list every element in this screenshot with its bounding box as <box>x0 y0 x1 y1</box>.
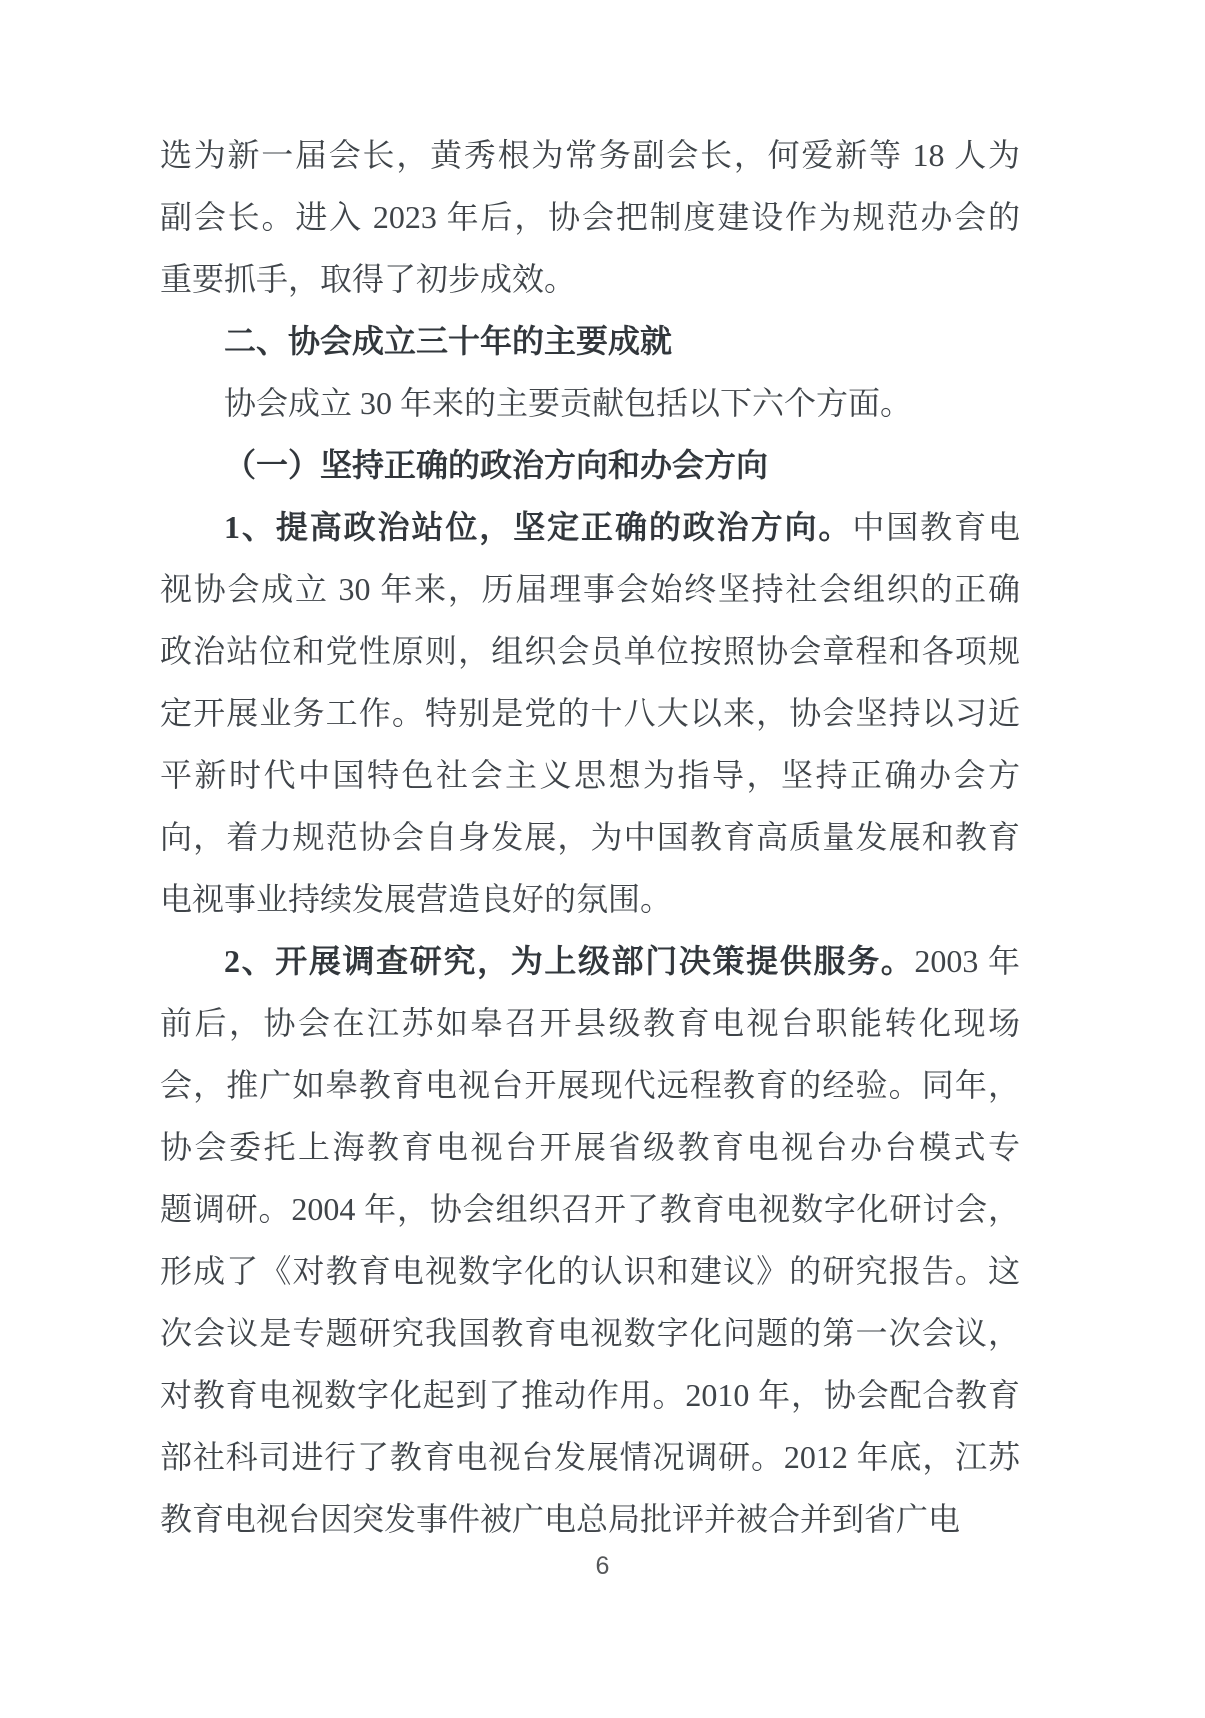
text-run: 部社科司进行了教育电视台发展情况调研。2012 年底，江苏 <box>160 1439 1020 1475</box>
paragraph-line: 会，推广如皋教育电视台开展现代远程教育的经验。同年， <box>160 1054 1020 1116</box>
bold-text-run: 1、提高政治站位，坚定正确的政治方向。 <box>224 509 852 545</box>
subsection-heading: （一）坚持正确的政治方向和办会方向 <box>160 434 1020 496</box>
text-run: 选为新一届会长，黄秀根为常务副会长，何爱新等 18 人为 <box>160 137 1020 173</box>
paragraph-line: 1、提高政治站位，坚定正确的政治方向。中国教育电 <box>160 496 1020 558</box>
paragraph-line: 定开展业务工作。特别是党的十八大以来，协会坚持以习近 <box>160 682 1020 744</box>
text-run: 重要抓手，取得了初步成效。 <box>160 261 576 297</box>
text-run: 形成了《对教育电视数字化的认识和建议》的研究报告。这 <box>160 1253 1020 1289</box>
paragraph-line: 视协会成立 30 年来，历届理事会始终坚持社会组织的正确 <box>160 558 1020 620</box>
text-run: 副会长。进入 2023 年后，协会把制度建设作为规范办会的 <box>160 199 1020 235</box>
paragraph-line: 重要抓手，取得了初步成效。 <box>160 248 1020 310</box>
paragraph-line: 电视事业持续发展营造良好的氛围。 <box>160 868 1020 930</box>
text-run: 向，着力规范协会自身发展，为中国教育高质量发展和教育 <box>160 819 1020 855</box>
text-run: 前后，协会在江苏如皋召开县级教育电视台职能转化现场 <box>160 1005 1020 1041</box>
section-heading: 二、协会成立三十年的主要成就 <box>160 310 1020 372</box>
paragraph-line: 向，着力规范协会自身发展，为中国教育高质量发展和教育 <box>160 806 1020 868</box>
bold-text-run: （一）坚持正确的政治方向和办会方向 <box>224 447 768 483</box>
paragraph-line: 前后，协会在江苏如皋召开县级教育电视台职能转化现场 <box>160 992 1020 1054</box>
text-run: 政治站位和党性原则，组织会员单位按照协会章程和各项规 <box>160 633 1020 669</box>
text-run: 对教育电视数字化起到了推动作用。2010 年，协会配合教育 <box>160 1377 1020 1413</box>
text-run: 题调研。2004 年，协会组织召开了教育电视数字化研讨会， <box>160 1191 1020 1227</box>
paragraph-line: 副会长。进入 2023 年后，协会把制度建设作为规范办会的 <box>160 186 1020 248</box>
paragraph-line: 协会委托上海教育电视台开展省级教育电视台办台模式专 <box>160 1116 1020 1178</box>
paragraph-line: 2、开展调查研究，为上级部门决策提供服务。2003 年 <box>160 930 1020 992</box>
text-run: 次会议是专题研究我国教育电视数字化问题的第一次会议， <box>160 1315 1020 1351</box>
text-run: 中国教育电 <box>852 509 1020 545</box>
document-body: 选为新一届会长，黄秀根为常务副会长，何爱新等 18 人为副会长。进入 2023 … <box>160 124 1020 1550</box>
paragraph-line: 部社科司进行了教育电视台发展情况调研。2012 年底，江苏 <box>160 1426 1020 1488</box>
text-run: 定开展业务工作。特别是党的十八大以来，协会坚持以习近 <box>160 695 1020 731</box>
text-run: 教育电视台因突发事件被广电总局批评并被合并到省广电 <box>160 1501 960 1537</box>
paragraph-line: 形成了《对教育电视数字化的认识和建议》的研究报告。这 <box>160 1240 1020 1302</box>
text-run: 视协会成立 30 年来，历届理事会始终坚持社会组织的正确 <box>160 571 1020 607</box>
paragraph-line: 选为新一届会长，黄秀根为常务副会长，何爱新等 18 人为 <box>160 124 1020 186</box>
text-run: 协会成立 30 年来的主要贡献包括以下六个方面。 <box>224 385 912 421</box>
paragraph-line: 教育电视台因突发事件被广电总局批评并被合并到省广电 <box>160 1488 1020 1550</box>
paragraph-line: 次会议是专题研究我国教育电视数字化问题的第一次会议， <box>160 1302 1020 1364</box>
paragraph-line: 平新时代中国特色社会主义思想为指导，坚持正确办会方 <box>160 744 1020 806</box>
bold-text-run: 2、开展调查研究，为上级部门决策提供服务。 <box>224 943 914 979</box>
page-number: 6 <box>0 1552 1205 1581</box>
text-run: 会，推广如皋教育电视台开展现代远程教育的经验。同年， <box>160 1067 1020 1103</box>
paragraph-line: 协会成立 30 年来的主要贡献包括以下六个方面。 <box>160 372 1020 434</box>
text-run: 平新时代中国特色社会主义思想为指导，坚持正确办会方 <box>160 757 1020 793</box>
bold-text-run: 二、协会成立三十年的主要成就 <box>224 323 672 359</box>
document-page: 选为新一届会长，黄秀根为常务副会长，何爱新等 18 人为副会长。进入 2023 … <box>0 0 1205 1718</box>
text-run: 2003 年 <box>914 943 1020 979</box>
paragraph-line: 对教育电视数字化起到了推动作用。2010 年，协会配合教育 <box>160 1364 1020 1426</box>
text-run: 电视事业持续发展营造良好的氛围。 <box>160 881 672 917</box>
paragraph-line: 题调研。2004 年，协会组织召开了教育电视数字化研讨会， <box>160 1178 1020 1240</box>
paragraph-line: 政治站位和党性原则，组织会员单位按照协会章程和各项规 <box>160 620 1020 682</box>
text-run: 协会委托上海教育电视台开展省级教育电视台办台模式专 <box>160 1129 1020 1165</box>
